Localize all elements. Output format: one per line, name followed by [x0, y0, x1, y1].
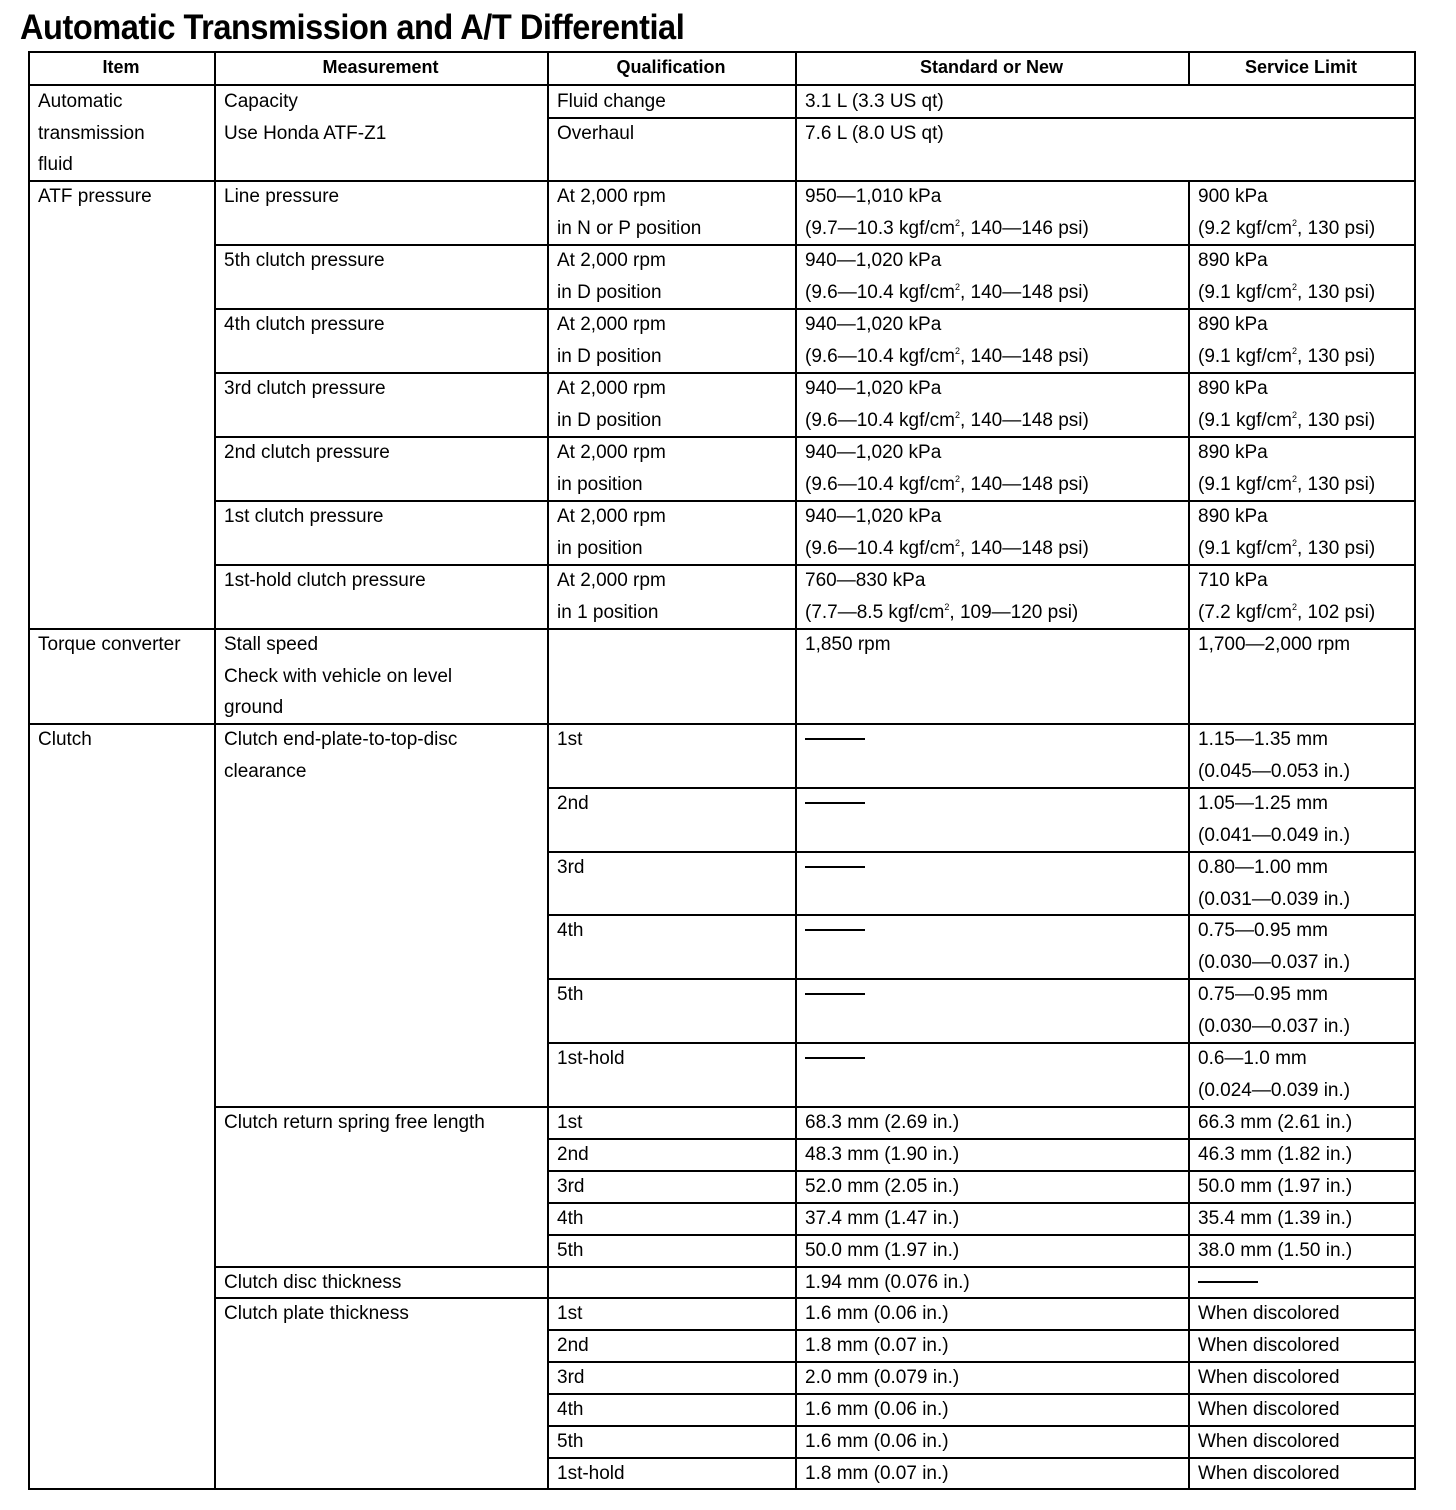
not-applicable-dash — [805, 866, 865, 868]
item-cell: transmission — [38, 118, 145, 150]
service-limit-cell: When discolored — [1198, 1394, 1340, 1426]
qualification-cell: 1st-hold — [557, 1458, 625, 1490]
measurement-cell: Clutch disc thickness — [224, 1267, 401, 1299]
qualification-cell: 4th — [557, 1394, 583, 1426]
table-border-left — [28, 51, 30, 1490]
qualification-cell: At 2,000 rpm — [557, 437, 666, 469]
service-limit-cell: (7.2 kgf/cm2, 102 psi) — [1198, 597, 1375, 629]
standard-value-cell: (9.6—10.4 kgf/cm2, 140—148 psi) — [805, 341, 1089, 373]
standard-value-cell: 3.1 L (3.3 US qt) — [805, 86, 944, 118]
qualification-cell: 1st — [557, 1298, 582, 1330]
service-limit-cell: 1,700—2,000 rpm — [1198, 629, 1350, 661]
standard-value-cell: (9.6—10.4 kgf/cm2, 140—148 psi) — [805, 277, 1089, 309]
service-limit-cell: 890 kPa — [1198, 437, 1268, 469]
not-applicable-dash — [805, 929, 865, 931]
standard-value-cell: (9.6—10.4 kgf/cm2, 140—148 psi) — [805, 405, 1089, 437]
item-cell: fluid — [38, 149, 73, 181]
qualification-cell: 3rd — [557, 1171, 584, 1203]
standard-value-cell: 37.4 mm (1.47 in.) — [805, 1203, 959, 1235]
service-limit-cell: 66.3 mm (2.61 in.) — [1198, 1107, 1352, 1139]
service-limit-cell: (0.030—0.037 in.) — [1198, 947, 1350, 979]
standard-value-cell: 1.6 mm (0.06 in.) — [805, 1298, 949, 1330]
service-limit-cell: 710 kPa — [1198, 565, 1268, 597]
standard-value-cell: 1.94 mm (0.076 in.) — [805, 1267, 970, 1299]
qualification-cell: 4th — [557, 1203, 583, 1235]
service-limit-cell: 890 kPa — [1198, 373, 1268, 405]
standard-value-cell: (7.7—8.5 kgf/cm2, 109—120 psi) — [805, 597, 1078, 629]
column-header: Qualification — [547, 52, 795, 82]
service-limit-cell: When discolored — [1198, 1426, 1340, 1458]
qualification-cell: 5th — [557, 1426, 583, 1458]
service-limit-cell: 890 kPa — [1198, 309, 1268, 341]
service-limit-cell: 46.3 mm (1.82 in.) — [1198, 1139, 1352, 1171]
standard-value-cell: 1,850 rpm — [805, 629, 891, 661]
standard-value-cell: 68.3 mm (2.69 in.) — [805, 1107, 959, 1139]
qualification-cell: 4th — [557, 915, 583, 947]
standard-value-cell: 940—1,020 kPa — [805, 501, 941, 533]
service-limit-cell: 35.4 mm (1.39 in.) — [1198, 1203, 1352, 1235]
column-header: Service Limit — [1188, 52, 1414, 82]
measurement-cell: Check with vehicle on level — [224, 661, 452, 693]
measurement-cell: 4th clutch pressure — [224, 309, 385, 341]
standard-value-cell: 52.0 mm (2.05 in.) — [805, 1171, 959, 1203]
measurement-cell: 2nd clutch pressure — [224, 437, 390, 469]
service-limit-cell: (9.1 kgf/cm2, 130 psi) — [1198, 341, 1375, 373]
service-limit-cell: (0.024—0.039 in.) — [1198, 1075, 1350, 1107]
service-limit-cell: 0.80—1.00 mm — [1198, 852, 1328, 884]
measurement-cell: 1st clutch pressure — [224, 501, 383, 533]
service-limit-cell: (9.1 kgf/cm2, 130 psi) — [1198, 277, 1375, 309]
measurement-cell: Clutch plate thickness — [224, 1298, 409, 1330]
not-applicable-dash — [805, 993, 865, 995]
measurement-cell: Clutch return spring free length — [224, 1107, 485, 1139]
measurement-cell: Clutch end-plate-to-top-disc — [224, 724, 457, 756]
standard-value-cell: 940—1,020 kPa — [805, 245, 941, 277]
qualification-cell: 1st — [557, 1107, 582, 1139]
qualification-cell: 1st — [557, 724, 582, 756]
qualification-cell: At 2,000 rpm — [557, 373, 666, 405]
measurement-cell: Line pressure — [224, 181, 339, 213]
service-limit-cell: 38.0 mm (1.50 in.) — [1198, 1235, 1352, 1267]
standard-value-cell: 940—1,020 kPa — [805, 309, 941, 341]
service-limit-cell: When discolored — [1198, 1298, 1340, 1330]
service-limit-cell: 1.05—1.25 mm — [1198, 788, 1328, 820]
qualification-cell: At 2,000 rpm — [557, 181, 666, 213]
service-limit-cell: (0.045—0.053 in.) — [1198, 756, 1350, 788]
column-rule — [795, 51, 797, 1490]
specifications-table: ItemMeasurementQualificationStandard or … — [0, 0, 1456, 1510]
row-rule — [547, 117, 1416, 119]
section-rule — [28, 1488, 1416, 1490]
service-limit-cell: 0.75—0.95 mm — [1198, 915, 1328, 947]
qualification-cell: 5th — [557, 979, 583, 1011]
service-limit-cell: When discolored — [1198, 1362, 1340, 1394]
service-limit-cell: 1.15—1.35 mm — [1198, 724, 1328, 756]
qualification-cell: 1st-hold — [557, 1043, 625, 1075]
measurement-cell: ground — [224, 692, 283, 724]
service-limit-cell: 0.6—1.0 mm — [1198, 1043, 1307, 1075]
qualification-cell: in N or P position — [557, 213, 701, 245]
column-rule — [214, 51, 216, 1490]
item-cell: Automatic — [38, 86, 122, 118]
qualification-cell: in D position — [557, 341, 662, 373]
standard-value-cell: (9.7—10.3 kgf/cm2, 140—146 psi) — [805, 213, 1089, 245]
measurement-cell: 1st-hold clutch pressure — [224, 565, 426, 597]
qualification-cell: At 2,000 rpm — [557, 565, 666, 597]
qualification-cell: At 2,000 rpm — [557, 245, 666, 277]
service-limit-cell: 0.75—0.95 mm — [1198, 979, 1328, 1011]
measurement-cell: Stall speed — [224, 629, 318, 661]
standard-value-cell: 950—1,010 kPa — [805, 181, 941, 213]
service-limit-cell: (0.041—0.049 in.) — [1198, 820, 1350, 852]
service-limit-cell: 50.0 mm (1.97 in.) — [1198, 1171, 1352, 1203]
not-applicable-dash — [805, 1057, 865, 1059]
standard-value-cell: (9.6—10.4 kgf/cm2, 140—148 psi) — [805, 469, 1089, 501]
service-limit-cell: (9.1 kgf/cm2, 130 psi) — [1198, 533, 1375, 565]
qualification-cell: in position — [557, 469, 643, 501]
qualification-cell: 2nd — [557, 1139, 589, 1171]
standard-value-cell: 1.8 mm (0.07 in.) — [805, 1458, 949, 1490]
standard-value-cell: 1.6 mm (0.06 in.) — [805, 1394, 949, 1426]
item-cell: Clutch — [38, 724, 92, 756]
column-header: Item — [28, 52, 214, 82]
standard-value-cell: (9.6—10.4 kgf/cm2, 140—148 psi) — [805, 533, 1089, 565]
service-limit-cell: (9.1 kgf/cm2, 130 psi) — [1198, 405, 1375, 437]
qualification-cell: Fluid change — [557, 86, 666, 118]
qualification-cell: Overhaul — [557, 118, 634, 150]
not-applicable-dash — [805, 738, 865, 740]
column-header: Measurement — [214, 52, 547, 82]
standard-value-cell: 760—830 kPa — [805, 565, 925, 597]
item-cell: Torque converter — [38, 629, 181, 661]
measurement-cell: clearance — [224, 756, 306, 788]
qualification-cell: 5th — [557, 1235, 583, 1267]
qualification-cell: 2nd — [557, 788, 589, 820]
column-rule — [1188, 51, 1190, 86]
qualification-cell: 3rd — [557, 852, 584, 884]
standard-value-cell: 7.6 L (8.0 US qt) — [805, 118, 944, 150]
standard-value-cell: 1.8 mm (0.07 in.) — [805, 1330, 949, 1362]
measurement-cell: Capacity — [224, 86, 298, 118]
service-limit-cell: When discolored — [1198, 1330, 1340, 1362]
table-border-right — [1414, 51, 1416, 1490]
qualification-cell: in D position — [557, 277, 662, 309]
measurement-cell: 3rd clutch pressure — [224, 373, 386, 405]
standard-value-cell: 940—1,020 kPa — [805, 437, 941, 469]
qualification-cell: in 1 position — [557, 597, 658, 629]
standard-value-cell: 2.0 mm (0.079 in.) — [805, 1362, 959, 1394]
column-rule — [547, 51, 549, 1490]
standard-value-cell: 50.0 mm (1.97 in.) — [805, 1235, 959, 1267]
standard-value-cell: 940—1,020 kPa — [805, 373, 941, 405]
column-rule — [1188, 180, 1190, 1490]
qualification-cell: 3rd — [557, 1362, 584, 1394]
service-limit-cell: 900 kPa — [1198, 181, 1268, 213]
qualification-cell: At 2,000 rpm — [557, 309, 666, 341]
service-limit-cell: (9.1 kgf/cm2, 130 psi) — [1198, 469, 1375, 501]
item-cell: ATF pressure — [38, 181, 152, 213]
qualification-cell: 2nd — [557, 1330, 589, 1362]
qualification-cell: At 2,000 rpm — [557, 501, 666, 533]
standard-value-cell: 48.3 mm (1.90 in.) — [805, 1139, 959, 1171]
service-limit-cell: 890 kPa — [1198, 245, 1268, 277]
service-limit-cell: When discolored — [1198, 1458, 1340, 1490]
qualification-cell: in D position — [557, 405, 662, 437]
service-limit-cell: (0.030—0.037 in.) — [1198, 1011, 1350, 1043]
table-border-top — [28, 51, 1416, 53]
standard-value-cell: 1.6 mm (0.06 in.) — [805, 1426, 949, 1458]
not-applicable-dash — [805, 802, 865, 804]
measurement-cell: 5th clutch pressure — [224, 245, 385, 277]
measurement-cell: Use Honda ATF-Z1 — [224, 118, 386, 150]
not-applicable-dash — [1198, 1281, 1258, 1283]
qualification-cell: in position — [557, 533, 643, 565]
column-header: Standard or New — [795, 52, 1188, 82]
service-limit-cell: (0.031—0.039 in.) — [1198, 884, 1350, 916]
service-limit-cell: 890 kPa — [1198, 501, 1268, 533]
service-limit-cell: (9.2 kgf/cm2, 130 psi) — [1198, 213, 1375, 245]
